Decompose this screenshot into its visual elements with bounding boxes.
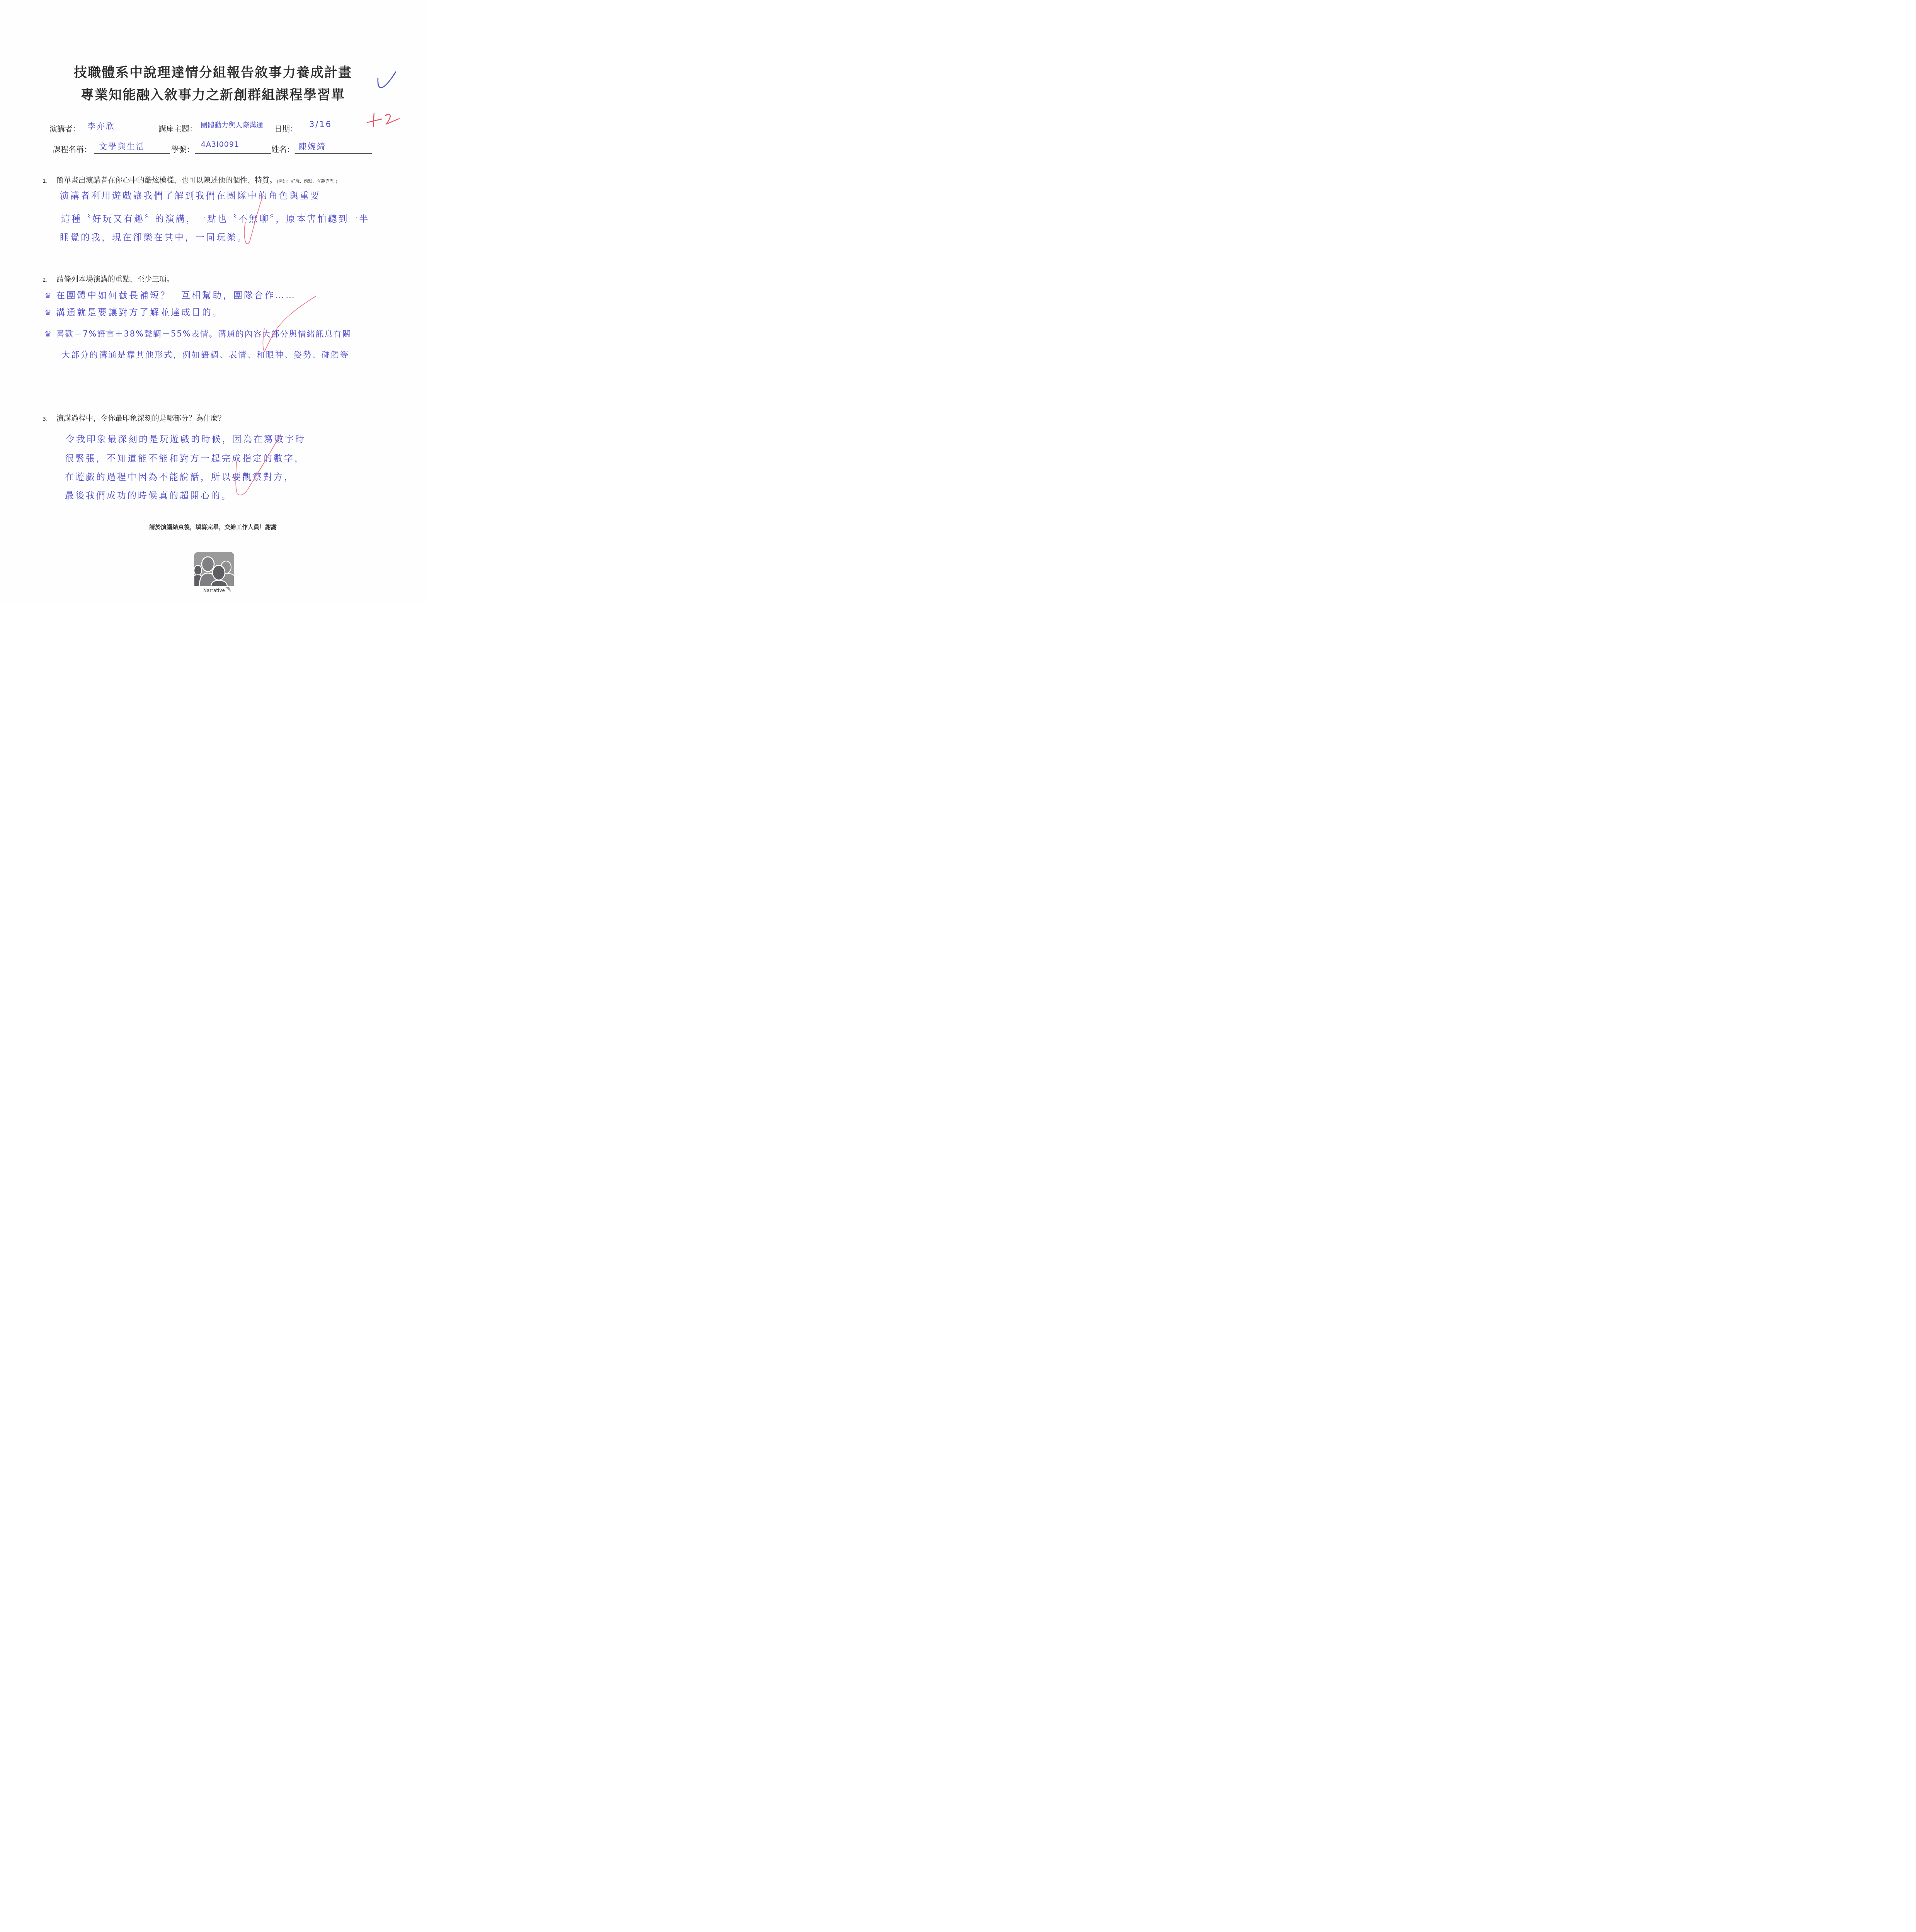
footer-instruction: 請於演講結束後，填寫完畢，交給工作人員！謝謝 bbox=[0, 523, 426, 531]
speaker-label: 演講者： bbox=[49, 123, 80, 134]
crown-doodle-icon: ♛ bbox=[44, 308, 56, 317]
grader-check-icon bbox=[240, 193, 278, 247]
student-id-value[interactable]: 4A3I0091 bbox=[201, 140, 239, 149]
date-underline bbox=[301, 133, 376, 133]
question-3-number: 3. bbox=[43, 416, 56, 422]
crown-doodle-icon: ♛ bbox=[44, 291, 56, 300]
crown-doodle-icon: ♛ bbox=[44, 329, 56, 338]
student-id-underline bbox=[195, 153, 271, 154]
course-label: 課程名稱： bbox=[53, 143, 92, 155]
speaker-row: 演講者： 李亦欣 講座主題： 團體動力與人際溝通 日期： 3/16 bbox=[0, 120, 426, 135]
course-value[interactable]: 文學與生活 bbox=[99, 140, 145, 152]
grader-check-icon bbox=[228, 433, 282, 498]
topic-underline bbox=[200, 133, 273, 133]
name-underline bbox=[295, 153, 372, 154]
speaker-value[interactable]: 李亦欣 bbox=[87, 120, 115, 131]
answer-2-item-2[interactable]: ♛溝通就是要讓對方了解並達成目的。 bbox=[44, 305, 223, 318]
answer-1-line-2[interactable]: 這種〝好玩又有趣〞的演講，一點也〝不無聊〞，原本害怕聽到一半 bbox=[61, 212, 370, 224]
logo-text: Narrative bbox=[194, 588, 234, 593]
answer-2-item-2-text: 溝通就是要讓對方了解並達成目的。 bbox=[56, 308, 223, 318]
question-2: 2.請條列本場演講的重點，至少三項。 bbox=[43, 274, 174, 284]
student-id-label: 學號： bbox=[171, 143, 194, 155]
question-1: 1.簡單畫出演講者在你心中的酷炫模樣，也可以陳述他的個性、特質。(例如：好玩、幽… bbox=[43, 175, 337, 185]
check-mark-icon bbox=[374, 70, 397, 94]
speaker-underline bbox=[83, 133, 157, 133]
answer-1-line-1[interactable]: 演講者利用遊戲讓我們了解到我們在團隊中的角色與重要 bbox=[60, 189, 321, 201]
document-title: 技職體系中說理達情分組報告敘事力養成計畫 bbox=[0, 62, 426, 81]
answer-1-line-3[interactable]: 睡覺的我，現在卻樂在其中，一同玩樂。 bbox=[60, 230, 248, 243]
question-3: 3.演講過程中，令你最印象深刻的是哪部分？為什麼？ bbox=[43, 413, 225, 423]
document-subtitle: 專業知能融入敘事力之新創群組課程學習單 bbox=[0, 84, 426, 103]
date-label: 日期： bbox=[274, 123, 298, 134]
topic-value[interactable]: 團體動力與人際溝通 bbox=[201, 120, 263, 130]
question-1-number: 1. bbox=[43, 178, 56, 184]
name-label: 姓名： bbox=[271, 143, 294, 155]
narrative-logo: Narrative bbox=[194, 552, 234, 597]
question-2-number: 2. bbox=[43, 277, 56, 283]
course-underline bbox=[94, 153, 170, 154]
question-1-prompt: 簡單畫出演講者在你心中的酷炫模樣，也可以陳述他的個性、特質。 bbox=[56, 176, 277, 185]
course-row: 課程名稱： 文學與生活 學號： 4A3I0091 姓名： 陳婉綺 bbox=[0, 140, 426, 156]
answer-3-line-4[interactable]: 最後我們成功的時候真的超開心的。 bbox=[65, 488, 232, 501]
grader-check-icon bbox=[247, 294, 317, 355]
question-2-prompt: 請條列本場演講的重點，至少三項。 bbox=[56, 275, 174, 284]
learning-worksheet: 技職體系中說理達情分組報告敘事力養成計畫 專業知能融入敘事力之新創群組課程學習單… bbox=[0, 0, 426, 602]
question-3-prompt: 演講過程中，令你最印象深刻的是哪部分？為什麼？ bbox=[56, 414, 225, 423]
name-value[interactable]: 陳婉綺 bbox=[298, 140, 326, 152]
date-value[interactable]: 3/16 bbox=[309, 120, 332, 129]
topic-label: 講座主題： bbox=[158, 123, 197, 134]
question-1-hint: (例如：好玩、幽默、有趣等等。) bbox=[277, 179, 337, 184]
